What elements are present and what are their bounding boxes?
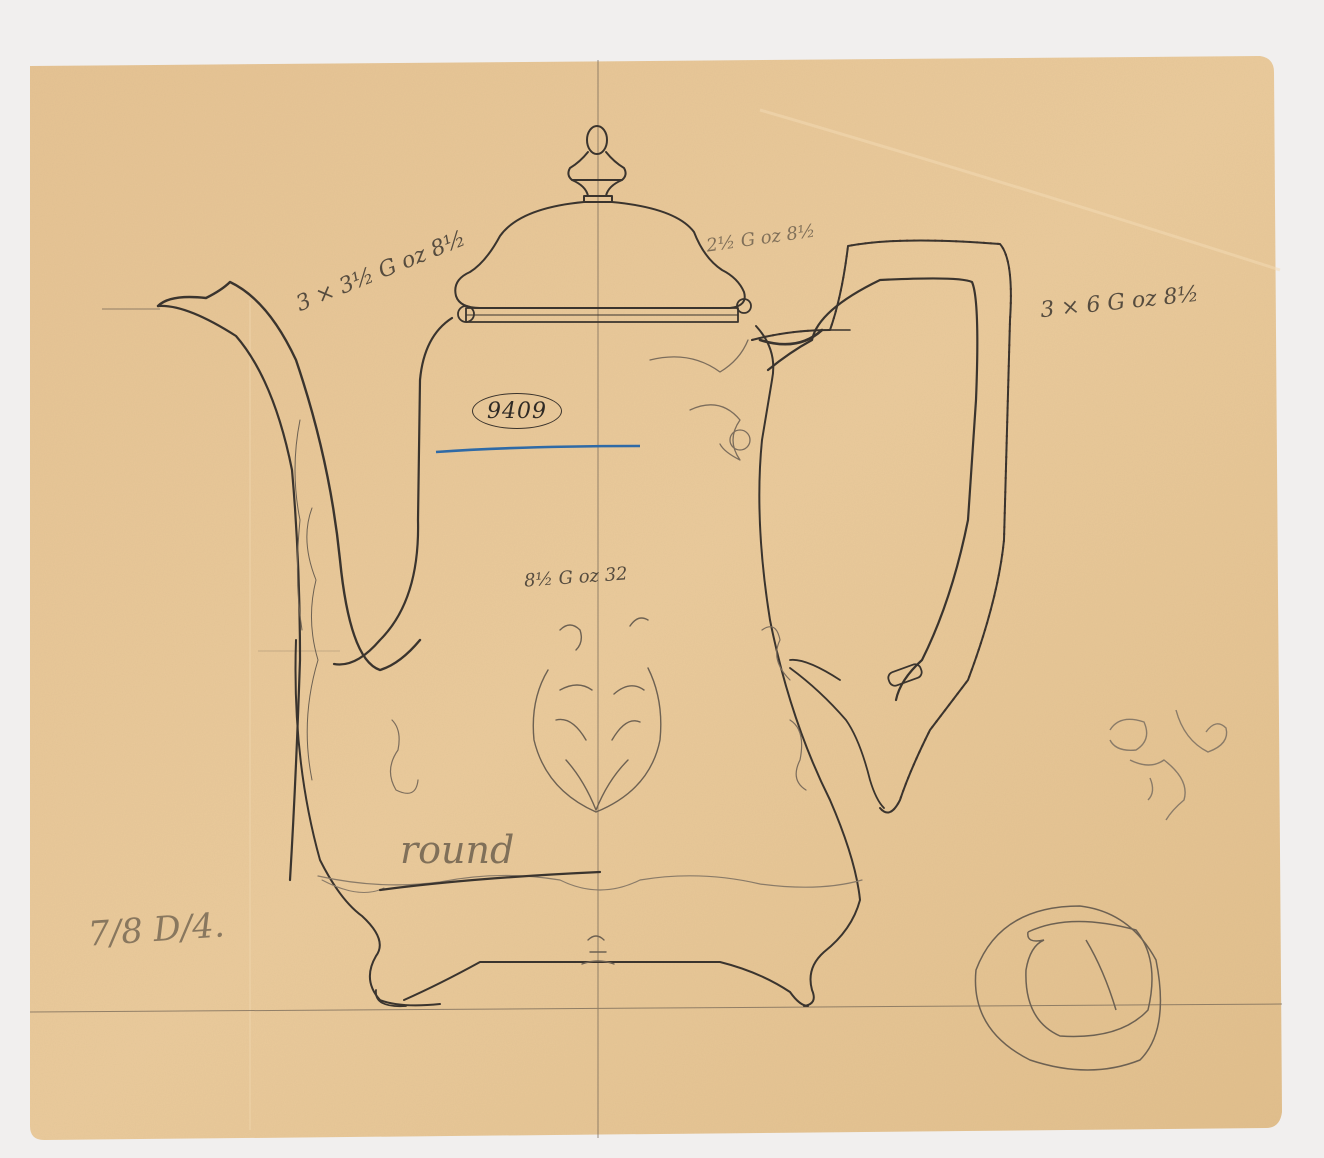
coffee-pot-drawing [0, 0, 1324, 1158]
paper [30, 56, 1282, 1140]
drawing-sheet: 9409 3 × 3½ G oz 8½ 2½ G oz 8½ 3 × 6 G o… [0, 0, 1324, 1158]
shape-note: round [400, 828, 514, 872]
model-number-badge: 9409 [472, 393, 562, 429]
